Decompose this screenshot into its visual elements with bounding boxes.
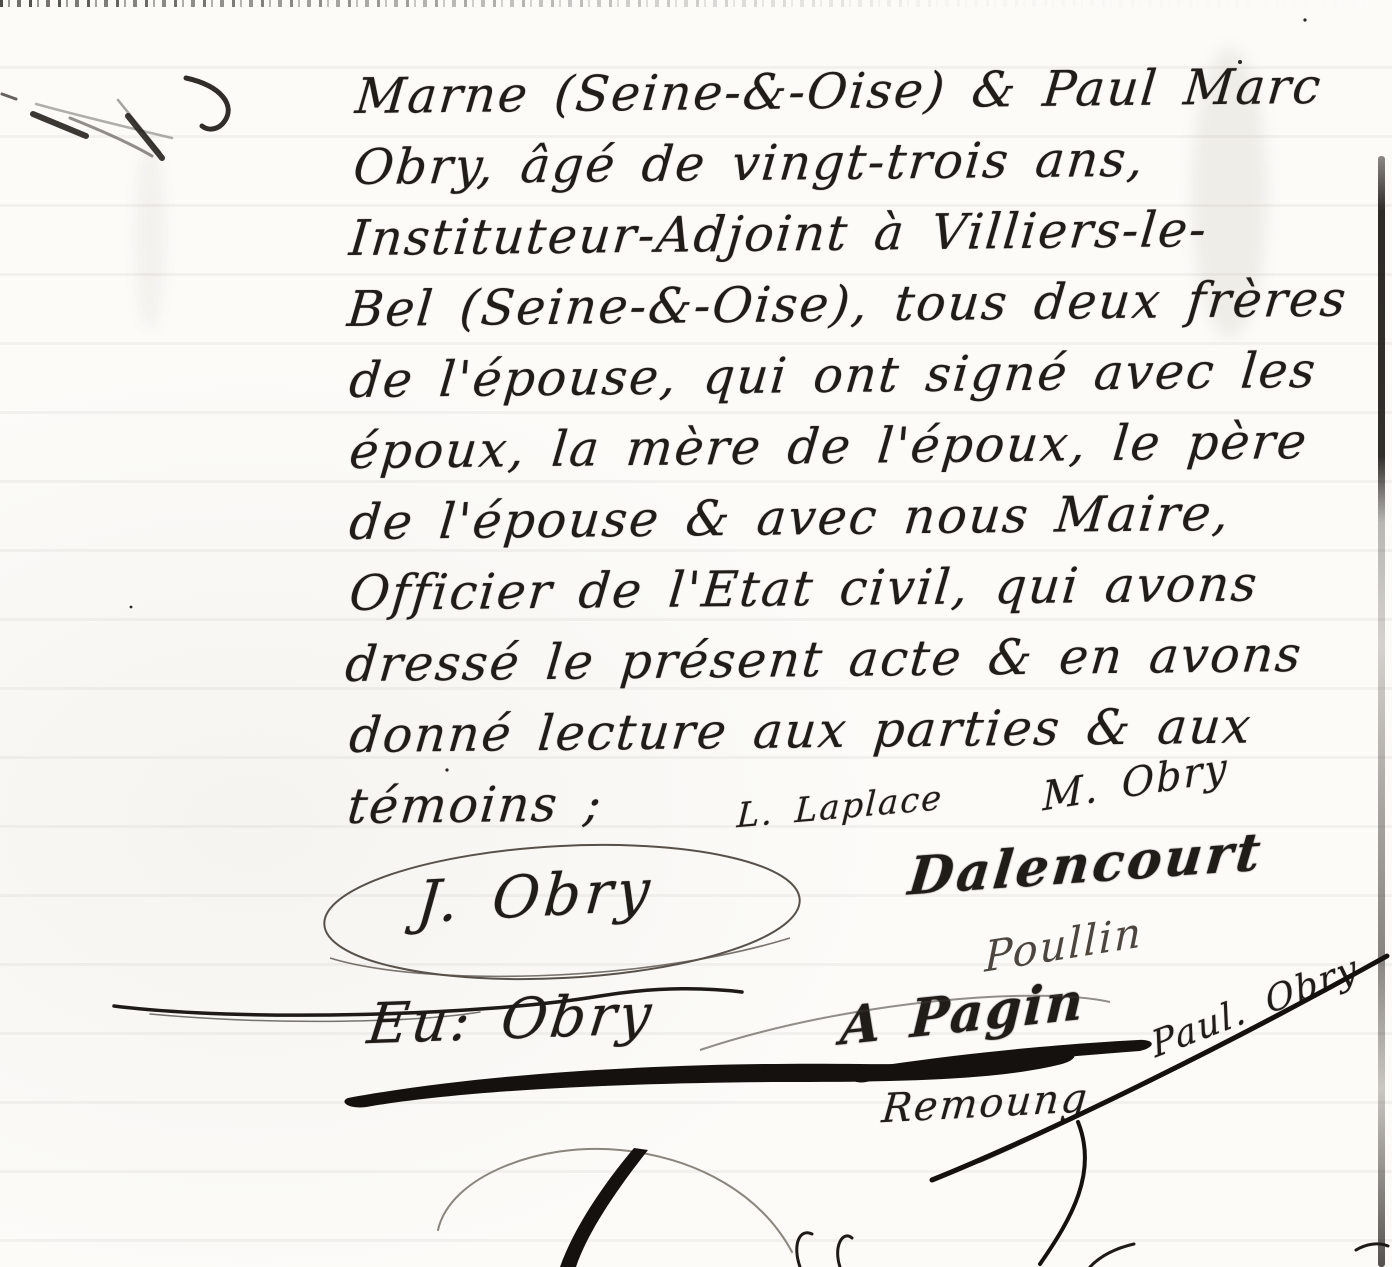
- handwritten-line: donné lecture aux parties & aux: [347, 702, 1254, 761]
- scan-edge-noise-top: [0, 0, 1392, 7]
- handwritten-line: Instituteur-Adjoint à Villiers-le-: [347, 205, 1210, 263]
- signature-a-pagin: A Pagin: [839, 970, 1087, 1057]
- scribble-mark: [2, 78, 228, 158]
- page-edge-line: [1378, 156, 1385, 1267]
- handwritten-line: dressé le présent acte & en avons: [343, 630, 1305, 689]
- handwritten-line: Bel (Seine-&-Oise), tous deux frères: [345, 275, 1349, 335]
- scanned-document-page: Marne (Seine-&-Oise) & Paul Marc Obry, â…: [0, 0, 1392, 1267]
- bottom-cutoff-letter: [438, 1148, 1388, 1267]
- signature-remoung: Remoung: [880, 1075, 1091, 1132]
- signature-dalencourt: Dalencourt: [906, 821, 1267, 907]
- handwritten-line: Marne (Seine-&-Oise) & Paul Marc: [353, 62, 1324, 121]
- signature-eu-obry: Eu: Obry: [364, 982, 658, 1057]
- signature-j-obry: J. Obry: [414, 856, 656, 937]
- signature-l-laplace: L. Laplace: [736, 778, 944, 836]
- signature-poullin: Poullin: [984, 907, 1143, 982]
- handwritten-line: époux, la mère de l'époux, le père: [347, 417, 1310, 476]
- signature-paul-obry: Paul. Obry: [1148, 947, 1362, 1066]
- handwritten-line: de l'épouse, qui ont signé avec les: [347, 346, 1319, 405]
- margin-smudge: [135, 140, 165, 330]
- handwritten-line: Officier de l'Etat civil, qui avons: [347, 559, 1260, 618]
- remoung-tail-flourish: [1040, 1122, 1085, 1264]
- handwritten-line: Obry, âgé de vingt-trois ans,: [351, 135, 1147, 192]
- handwritten-line: de l'épouse & avec nous Maire,: [347, 489, 1232, 547]
- handwritten-line: témoins ;: [345, 779, 605, 831]
